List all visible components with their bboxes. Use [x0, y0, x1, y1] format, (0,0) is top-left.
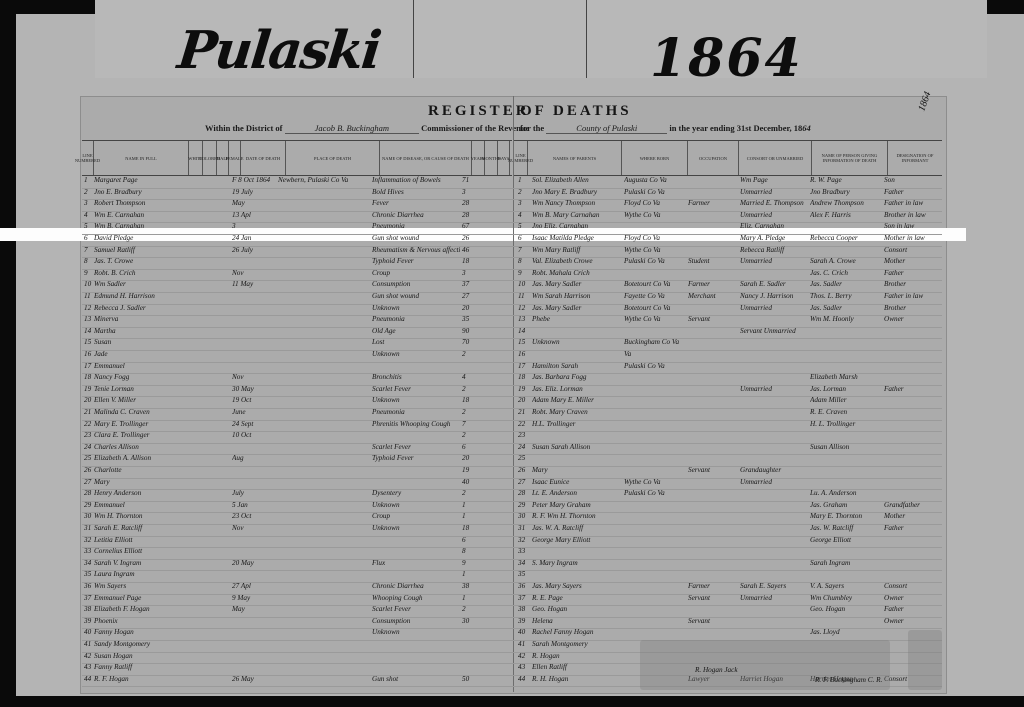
cell-age: 18: [462, 257, 480, 265]
cell-name: Fanny Hogan: [94, 628, 184, 636]
cell-age: 20: [462, 454, 480, 462]
cell-n: 14: [518, 327, 530, 335]
cell-date: July: [232, 489, 277, 497]
cell-n: 13: [84, 315, 94, 323]
cell-cause: Unknown: [372, 501, 460, 509]
cell-cause: Unknown: [372, 524, 460, 532]
cell-informant: Jas. Sadler: [810, 280, 882, 288]
cell-name: Jade: [94, 350, 184, 358]
cell-date: May: [232, 605, 277, 613]
cell-n: 25: [84, 454, 94, 462]
cell-name: Samuel Ratliff: [94, 246, 184, 254]
cell-name: Rebecca J. Sadler: [94, 304, 184, 312]
col-months: Months: [485, 141, 498, 175]
cell-n: 6: [84, 234, 94, 242]
cell-n: 38: [518, 605, 530, 613]
cell-n: 44: [518, 675, 530, 683]
cell-age: 1: [462, 512, 480, 520]
cell-n: 36: [518, 582, 530, 590]
cell-occ: Student: [688, 257, 738, 265]
col-occupation: Occupation: [688, 141, 739, 175]
cell-n: 15: [84, 338, 94, 346]
cell-consort: Sarah E. Sayers: [740, 582, 810, 590]
cell-age: 2: [462, 408, 480, 416]
cell-relation: Mother: [884, 512, 940, 520]
cell-parents: Wm Nancy Thompson: [532, 199, 624, 207]
cell-n: 17: [518, 362, 530, 370]
cell-relation: Owner: [884, 617, 940, 625]
cell-relation: Father: [884, 385, 940, 393]
cell-age: 9: [462, 559, 480, 567]
cell-parents: R. F. Wm H. Thornton: [532, 512, 624, 520]
cell-informant: R. E. Craven: [810, 408, 882, 416]
cell-name: Sarah V. Ingram: [94, 559, 184, 567]
cell-date: Nov: [232, 524, 277, 532]
cell-n: 40: [518, 628, 530, 636]
cell-n: 27: [84, 478, 94, 486]
cell-name: Martha: [94, 327, 184, 335]
district-prefix: Within the District of: [205, 123, 283, 133]
cell-name: Mary: [94, 478, 184, 486]
cell-n: 5: [84, 222, 94, 230]
cell-cause: Unknown: [372, 350, 460, 358]
cell-parents: Robt. Mahala Crich: [532, 269, 624, 277]
cell-informant: Adam Miller: [810, 396, 882, 404]
county-prefix: for the: [520, 123, 544, 133]
cell-consort: Mary A. Pledge: [740, 234, 810, 242]
cell-relation: Mother: [884, 257, 940, 265]
cell-cause: Rheumatism & Nervous affection: [372, 246, 460, 254]
cell-consort: Servant Unmarried: [740, 327, 810, 335]
cell-cause: Croup: [372, 512, 460, 520]
cell-n: 20: [518, 396, 530, 404]
cell-n: 37: [84, 594, 94, 602]
cell-n: 10: [518, 280, 530, 288]
cell-name: Clara E. Trollinger: [94, 431, 184, 439]
cell-name: Elizabeth A. Allison: [94, 454, 184, 462]
cell-consort: Eliz. Carnahan: [740, 222, 810, 230]
cell-n: 28: [518, 489, 530, 497]
col-cause: Name of Disease, or Cause of Death: [380, 141, 472, 175]
cell-n: 21: [518, 408, 530, 416]
cell-informant: Sarah A. Crowe: [810, 257, 882, 265]
cell-occ: Servant: [688, 315, 738, 323]
cell-age: 40: [462, 478, 480, 486]
cell-parents: Jas. Mary Sayers: [532, 582, 624, 590]
cell-n: 25: [518, 454, 530, 462]
cell-n: 3: [518, 199, 530, 207]
cell-name: Letitia Elliott: [94, 536, 184, 544]
col-informant: Name of Person giving Information of Dea…: [812, 141, 888, 175]
cell-relation: Brother in law: [884, 211, 940, 219]
cell-n: 35: [84, 570, 94, 578]
cell-n: 43: [518, 663, 530, 671]
cell-age: 20: [462, 304, 480, 312]
cell-cause: Scarlet Fever: [372, 443, 460, 451]
cell-cause: Scarlet Fever: [372, 605, 460, 613]
cell-n: 33: [84, 547, 94, 555]
cell-born: Va: [624, 350, 688, 358]
cell-informant: Susan Allison: [810, 443, 882, 451]
cell-cause: Dysentery: [372, 489, 460, 497]
cell-born: Wythe Co Va: [624, 246, 688, 254]
cell-date: 24 Sept: [232, 420, 277, 428]
cell-parents: Jas. Mary Sadler: [532, 280, 624, 288]
cell-name: Mary E. Trollinger: [94, 420, 184, 428]
cell-n: 38: [84, 605, 94, 613]
cell-n: 10: [84, 280, 94, 288]
cell-name: Tenie Lorman: [94, 385, 184, 393]
county-label: Pulaski: [175, 20, 383, 81]
cell-age: 35: [462, 315, 480, 323]
cell-parents: Jas. W. A. Ratcliff: [532, 524, 624, 532]
cell-informant: Jas. Sadler: [810, 304, 882, 312]
cell-informant: Wm Chumbley: [810, 594, 882, 602]
cell-cause: Consumption: [372, 617, 460, 625]
cell-name: Henry Anderson: [94, 489, 184, 497]
cell-informant: Thos. L. Berry: [810, 292, 882, 300]
cell-cause: Consumption: [372, 280, 460, 288]
cell-consort: Sarah E. Sadler: [740, 280, 810, 288]
cell-age: 2: [462, 605, 480, 613]
cell-name: Laura Ingram: [94, 570, 184, 578]
cell-n: 43: [84, 663, 94, 671]
cell-n: 35: [518, 570, 530, 578]
cell-informant: R. W. Page: [810, 176, 882, 184]
cell-cause: Bronchitis: [372, 373, 460, 381]
cell-parents: Robt. Mary Craven: [532, 408, 624, 416]
cell-n: 11: [518, 292, 530, 300]
cell-relation: Brother: [884, 280, 940, 288]
cell-consort: Married E. Thompson: [740, 199, 810, 207]
cell-cause: Unknown: [372, 396, 460, 404]
cell-date: 30 May: [232, 385, 277, 393]
cell-n: 41: [84, 640, 94, 648]
cell-n: 27: [518, 478, 530, 486]
cell-n: 4: [84, 211, 94, 219]
cell-cause: Typhoid Fever: [372, 257, 460, 265]
cell-age: 6: [462, 536, 480, 544]
cell-age: 1: [462, 594, 480, 602]
col-name: Name in Full: [94, 141, 189, 175]
cell-name: Margaret Page: [94, 176, 184, 184]
register-title-left: REGISTER: [428, 103, 530, 120]
cell-name: Nancy Fogg: [94, 373, 184, 381]
cell-cause: Whooping Cough: [372, 594, 460, 602]
cell-cause: Pneumonia: [372, 222, 460, 230]
cell-name: Ellen V. Miller: [94, 396, 184, 404]
blank-label-card: [414, 0, 587, 78]
cell-n: 23: [518, 431, 530, 439]
cell-occ: Merchant: [688, 292, 738, 300]
cell-relation: Son: [884, 176, 940, 184]
cell-n: 16: [518, 350, 530, 358]
cell-born: Floyd Co Va: [624, 234, 688, 242]
cell-cause: Pneumonia: [372, 408, 460, 416]
cell-n: 31: [84, 524, 94, 532]
cell-name: Phoenix: [94, 617, 184, 625]
cell-born: Pulaski Co Va: [624, 257, 688, 265]
cell-age: 18: [462, 396, 480, 404]
cell-age: 2: [462, 489, 480, 497]
cell-date: 20 May: [232, 559, 277, 567]
cell-date: Nov: [232, 373, 277, 381]
cell-n: 12: [518, 304, 530, 312]
cell-date: 26 July: [232, 246, 277, 254]
cell-age: 1: [462, 570, 480, 578]
cell-born: Floyd Co Va: [624, 199, 688, 207]
cell-born: Pulaski Co Va: [624, 362, 688, 370]
cell-consort: Rebecca Ratliff: [740, 246, 810, 254]
county-value: County of Pulaski: [546, 123, 667, 134]
cell-n: 1: [84, 176, 94, 184]
cell-n: 11: [84, 292, 94, 300]
cell-born: Wythe Co Va: [624, 315, 688, 323]
cell-n: 21: [84, 408, 94, 416]
cell-relation: Father: [884, 524, 940, 532]
col-line-numbered-right: Line Numbered: [514, 141, 528, 175]
cell-n: 37: [518, 594, 530, 602]
cell-informant: Sarah Ingram: [810, 559, 882, 567]
cell-relation: Father in law: [884, 292, 940, 300]
cell-n: 13: [518, 315, 530, 323]
cell-name: Malinda C. Craven: [94, 408, 184, 416]
cell-date: 3: [232, 222, 277, 230]
cell-n: 33: [518, 547, 530, 555]
cell-age: 30: [462, 617, 480, 625]
cell-name: Jno E. Bradbury: [94, 188, 184, 196]
cell-date: 27 Apl: [232, 582, 277, 590]
cell-informant: Jas. C. Crich: [810, 269, 882, 277]
cell-parents: Val. Elizabeth Crowe: [532, 257, 624, 265]
col-colored: Colored: [203, 141, 217, 175]
cell-relation: Father: [884, 269, 940, 277]
cell-n: 9: [518, 269, 530, 277]
cell-parents: George Mary Elliott: [532, 536, 624, 544]
cell-informant: Jas. Lorman: [810, 385, 882, 393]
cell-age: 28: [462, 199, 480, 207]
cell-name: Sandy Montgomery: [94, 640, 184, 648]
cell-parents: R. Hogan: [532, 652, 624, 660]
cell-informant: Jno Bradbury: [810, 188, 882, 196]
cell-born: Fayette Co Va: [624, 292, 688, 300]
cell-parents: R. H. Hogan: [532, 675, 624, 683]
cell-age: 90: [462, 327, 480, 335]
cell-cause: Bold Hives: [372, 188, 460, 196]
cell-age: 7: [462, 420, 480, 428]
cell-relation: Brother: [884, 304, 940, 312]
cell-n: 8: [518, 257, 530, 265]
cell-name: Susan: [94, 338, 184, 346]
cell-date: June: [232, 408, 277, 416]
cell-date: 26 May: [232, 675, 277, 683]
cell-informant: Geo. Hogan: [810, 605, 882, 613]
cell-relation: Father: [884, 188, 940, 196]
cell-n: 29: [518, 501, 530, 509]
cell-relation: Consort: [884, 582, 940, 590]
cell-date: 23 Oct: [232, 512, 277, 520]
cell-n: 15: [518, 338, 530, 346]
col-date: Date of Death: [241, 141, 286, 175]
cell-informant: George Elliott: [810, 536, 882, 544]
cell-n: 8: [84, 257, 94, 265]
cell-age: 8: [462, 547, 480, 555]
right-column-header: Line Numbered Names of Parents Where Bor…: [514, 140, 942, 176]
col-designation: Designation of Informant: [888, 141, 942, 175]
cell-n: 36: [84, 582, 94, 590]
cell-consort: Unmarried: [740, 594, 810, 602]
cell-age: 38: [462, 582, 480, 590]
cell-cause: Scarlet Fever: [372, 385, 460, 393]
cell-n: 44: [84, 675, 94, 683]
cell-parents: Susan Sarah Allison: [532, 443, 624, 451]
cell-born: Wythe Co Va: [624, 478, 688, 486]
cell-consort: Unmarried: [740, 257, 810, 265]
cell-relation: Consort: [884, 246, 940, 254]
cell-n: 4: [518, 211, 530, 219]
district-value: Jacob B. Buckingham: [285, 123, 419, 134]
footer-note: R. F. Buckingham C. R.: [815, 676, 935, 688]
cell-occ: Farmer: [688, 280, 738, 288]
cell-n: 42: [518, 652, 530, 660]
cell-occ: Servant: [688, 466, 738, 474]
cell-age: 2: [462, 431, 480, 439]
cell-age: 28: [462, 211, 480, 219]
cell-name: David Pledge: [94, 234, 184, 242]
cell-parents: Sol. Elizabeth Allen: [532, 176, 624, 184]
cell-consort: Wm Page: [740, 176, 810, 184]
cell-parents: Wm Mary Ratliff: [532, 246, 624, 254]
cell-name: R. F. Hogan: [94, 675, 184, 683]
cell-informant: H. L. Trollinger: [810, 420, 882, 428]
cell-n: 12: [84, 304, 94, 312]
year-text: in the year ending 31st December, 18: [669, 123, 802, 133]
cell-cause: Typhoid Fever: [372, 454, 460, 462]
cell-age: 71: [462, 176, 480, 184]
cell-n: 39: [518, 617, 530, 625]
cell-informant: Alex F. Harris: [810, 211, 882, 219]
cell-name: Wm Sayers: [94, 582, 184, 590]
cell-age: 37: [462, 280, 480, 288]
cell-name: Wm B. Carnahan: [94, 222, 184, 230]
cell-cause: Phrenitis Whooping Cough: [372, 420, 460, 428]
cell-name: Minerva: [94, 315, 184, 323]
cell-n: 30: [84, 512, 94, 520]
cell-informant: V. A. Sayers: [810, 582, 882, 590]
cell-parents: Isaac Matilda Pledge: [532, 234, 624, 242]
cell-informant: Jas. Lloyd: [810, 628, 882, 636]
cell-date: Aug: [232, 454, 277, 462]
cell-n: 7: [518, 246, 530, 254]
cell-consort: Unmarried: [740, 478, 810, 486]
cell-date: 10 Oct: [232, 431, 277, 439]
cell-cause: Chronic Diarrhea: [372, 211, 460, 219]
cell-relation: Father: [884, 605, 940, 613]
cell-informant: Mary E. Thornton: [810, 512, 882, 520]
cell-n: 6: [518, 234, 530, 242]
cell-n: 14: [84, 327, 94, 335]
cell-parents: Helena: [532, 617, 624, 625]
cell-parents: Sarah Montgomery: [532, 640, 624, 648]
cell-parents: Jas. Barbara Fogg: [532, 373, 624, 381]
cell-born: Pulaski Co Va: [624, 188, 688, 196]
cell-parents: Phebe: [532, 315, 624, 323]
cell-n: 31: [518, 524, 530, 532]
cell-occ: Servant: [688, 617, 738, 625]
cell-n: 18: [84, 373, 94, 381]
cell-parents: Jno Eliz. Carnahan: [532, 222, 624, 230]
cell-name: Fanny Ratliff: [94, 663, 184, 671]
cell-date: 19 Oct: [232, 396, 277, 404]
cell-date: 13 Apl: [232, 211, 277, 219]
cell-age: 3: [462, 269, 480, 277]
cell-consort: Nancy J. Harrison: [740, 292, 810, 300]
cell-name: Wm H. Thornton: [94, 512, 184, 520]
cell-n: 24: [518, 443, 530, 451]
cell-cause: Chronic Diarrhea: [372, 582, 460, 590]
cell-n: 41: [518, 640, 530, 648]
cell-parents: Rachel Fanny Hogan: [532, 628, 624, 636]
cell-parents: Geo. Hogan: [532, 605, 624, 613]
cell-informant: Elizabeth Marsh: [810, 373, 882, 381]
cell-consort: Unmarried: [740, 304, 810, 312]
cell-relation: Son in law: [884, 222, 940, 230]
cell-age: 27: [462, 292, 480, 300]
cell-name: Charlotte: [94, 466, 184, 474]
cell-name: Charles Allison: [94, 443, 184, 451]
cell-born: Botetourt Co Va: [624, 304, 688, 312]
cell-parents: Hamilton Sarah: [532, 362, 624, 370]
cell-parents: Jas. Eliz. Lorman: [532, 385, 624, 393]
cell-cause: Old Age: [372, 327, 460, 335]
col-where-born: Where Born: [622, 141, 688, 175]
cell-name: Emmanuel Page: [94, 594, 184, 602]
cell-parents: Mary: [532, 466, 624, 474]
cell-n: 1: [518, 176, 530, 184]
cell-date: 19 July: [232, 188, 277, 196]
cell-parents: Wm B. Mary Carnahan: [532, 211, 624, 219]
cell-n: 26: [518, 466, 530, 474]
year-label: 1864: [650, 28, 803, 89]
cell-cause: Inflammation of Bowels: [372, 176, 460, 184]
cell-parents: H.L. Trollinger: [532, 420, 624, 428]
col-place: Place of Death: [286, 141, 380, 175]
cell-relation: Mother in law: [884, 234, 940, 242]
cell-n: 32: [518, 536, 530, 544]
cell-name: Elizabeth F. Hogan: [94, 605, 184, 613]
cell-relation: Father in law: [884, 199, 940, 207]
cell-born: Buckingham Co Va: [624, 338, 688, 346]
cell-consort: Unmarried: [740, 188, 810, 196]
cell-age: 50: [462, 675, 480, 683]
cell-consort: Grandaughter: [740, 466, 810, 474]
cell-name: Emmanuel: [94, 362, 184, 370]
cell-n: 42: [84, 652, 94, 660]
cell-date: F 8 Oct 1864: [232, 176, 277, 184]
cell-born: Botetourt Co Va: [624, 280, 688, 288]
cell-informant: Rebecca Cooper: [810, 234, 882, 242]
cell-n: 19: [84, 385, 94, 393]
cell-name: Jas. T. Crowe: [94, 257, 184, 265]
cell-n: 39: [84, 617, 94, 625]
cell-n: 22: [84, 420, 94, 428]
cell-n: 20: [84, 396, 94, 404]
cell-age: 70: [462, 338, 480, 346]
cell-age: 19: [462, 466, 480, 474]
cell-n: 2: [518, 188, 530, 196]
cell-n: 18: [518, 373, 530, 381]
cell-age: 6: [462, 443, 480, 451]
